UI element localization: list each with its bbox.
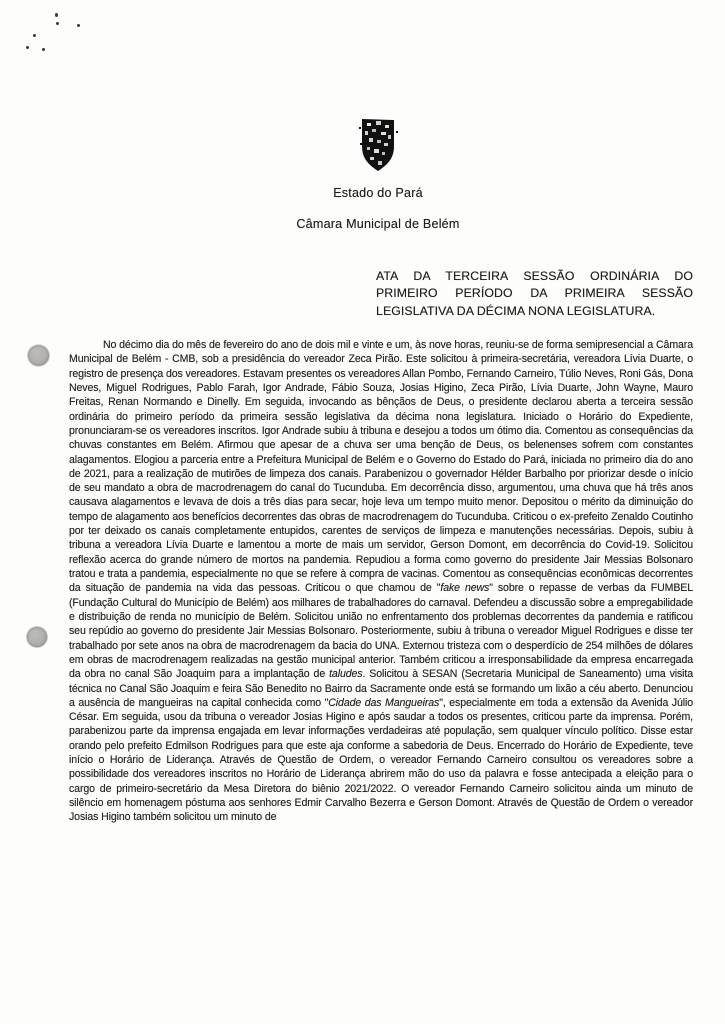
ink-speck [26, 46, 29, 49]
ink-speck [42, 48, 45, 51]
ink-speck [56, 22, 59, 25]
document-title: ATA DA TERCEIRA SESSÃO ORDINÁRIA DO PRIM… [376, 268, 693, 320]
document-header: Estado do Pará Câmara Municipal de Belém [213, 112, 543, 231]
ink-speck [55, 13, 58, 17]
body-text: No décimo dia do mês de fevereiro do ano… [69, 338, 693, 825]
hole-punch-bottom [27, 627, 47, 647]
hole-punch-top [27, 344, 51, 367]
municipality-name: Câmara Municipal de Belém [213, 217, 543, 231]
scanned-document-page: Estado do Pará Câmara Municipal de Belém… [0, 0, 725, 1024]
state-name: Estado do Pará [213, 186, 543, 200]
coat-of-arms-icon [357, 117, 399, 173]
ink-speck [77, 24, 80, 27]
ink-speck [33, 34, 36, 37]
